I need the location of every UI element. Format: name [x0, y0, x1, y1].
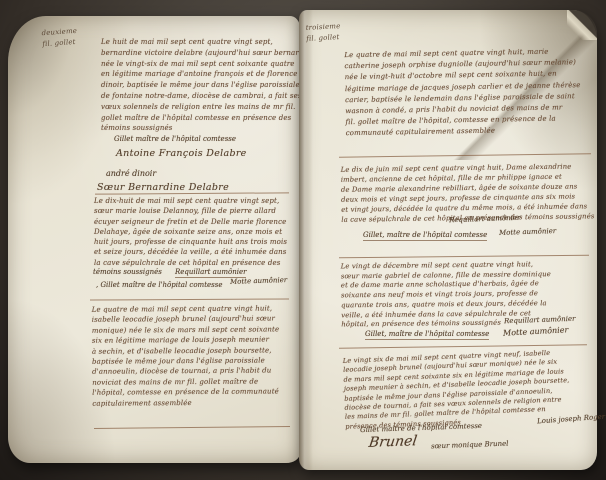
manuscript-page-right: troisieme fil. gollet Le quatre de mai m… — [299, 10, 597, 470]
handwritten-line: d'annoeulin, diocèse de tournai, a pris … — [92, 366, 296, 378]
signature-soeur-monique: sœur monique Brunel — [431, 440, 509, 451]
handwritten-line: à sechin, et d'isabelle leocadie joseph … — [92, 345, 296, 357]
signature-gillet: Gillet, maître de l'hôpital comtesse — [365, 330, 489, 340]
signature-soeur-bernardine: Sœur Bernardine Delabre — [97, 182, 229, 193]
register-entry-left-1: Le huit de mai mil sept cent quatre ving… — [101, 37, 297, 134]
separator-rule — [339, 153, 591, 158]
handwritten-line: gollet maître de l'hôpital comtesse en p… — [101, 113, 297, 124]
signature-gillet: Gillet, maître de l'hôpital comtesse — [363, 231, 487, 241]
signature-delabre-pere: Antoine François Delabre — [116, 148, 247, 159]
margin-note-line: fil. gollet — [306, 32, 341, 45]
margin-note-left: deuxieme fil. gollet — [41, 26, 78, 50]
handwritten-line: et seize jours, décédée la veille, a été… — [94, 247, 298, 257]
handwritten-line: dinoir, baptisée le même jour dans l'égl… — [101, 80, 297, 91]
signature-brunel-flourish: Brunel — [368, 433, 418, 451]
manuscript-photo: deuxieme fil. gollet Le huit de mai mil … — [0, 0, 606, 480]
signature-requillart: Requillart aumônier — [449, 214, 521, 224]
handwritten-line: vœux solennels de religion entre les mai… — [101, 102, 297, 113]
margin-note-right: troisieme fil. gollet — [305, 21, 341, 45]
handwritten-line: bernardine victoire delabre (aujourd'hui… — [101, 48, 297, 59]
register-entry-right-1: Le quatre de mai mil sept cent quatre vi… — [344, 46, 596, 140]
separator-rule — [90, 298, 289, 300]
separator-rule — [95, 192, 289, 194]
handwritten-line: huit jours, professe de cinquante huit a… — [94, 237, 298, 247]
register-entry-left-2: Le dix-huit de mai mil sept cent quatre … — [94, 196, 298, 268]
margin-note-line: fil. gollet — [42, 37, 78, 50]
handwritten-line: témoins soussignés — [101, 123, 297, 134]
handwritten-line: Le huit de mai mil sept cent quatre ving… — [101, 37, 297, 48]
handwritten-line: en légitime mariage d'antoine françois e… — [101, 69, 297, 80]
handwritten-line: la cave sépulchrale de cet hôpital en pr… — [94, 258, 298, 268]
signature-motte: Motte aumônier — [503, 325, 569, 337]
register-entry-left-3: Le quatre de mai mil sept cent quatre vi… — [92, 303, 297, 408]
turned-corner — [567, 10, 597, 40]
manuscript-page-left: deuxieme fil. gollet Le huit de mai mil … — [8, 16, 300, 463]
signature-dinoir: andré dinoir — [106, 169, 156, 178]
separator-rule — [94, 426, 290, 429]
handwritten-line: sœur marie louise Delannoy, fille de pie… — [94, 206, 298, 216]
signature-motte: Motte aumônier — [499, 227, 556, 237]
signature-requillart: Requillart aumônier — [175, 268, 246, 278]
separator-rule — [339, 255, 589, 259]
handwritten-line: l'hôpital, comtesse en présence de la co… — [92, 387, 296, 399]
signature-gillet: Gillet maître de l'hôpital comtesse — [114, 135, 236, 143]
entry-closing-words: témoins soussignés — [93, 268, 162, 276]
signature-gillet: , Gillet maître de l'hôpital comtesse — [96, 281, 222, 289]
signature-motte: Motte aumônier — [230, 276, 287, 286]
handwritten-line: née le vingt-six de mai mil sept cent so… — [101, 59, 297, 70]
handwritten-line: de fontaine notre-dame, diocèse de cambr… — [101, 91, 297, 102]
handwritten-line: écuyer seigneur de fretin et de Delle ma… — [94, 217, 298, 227]
handwritten-line: Le dix-huit de mai mil sept cent quatre … — [94, 196, 298, 206]
binding-fold-shadow — [299, 10, 309, 470]
handwritten-line: Delahaye, âgée de soixante seize ans, on… — [94, 227, 298, 237]
handwritten-line: capitulairement assemblée — [92, 397, 296, 409]
